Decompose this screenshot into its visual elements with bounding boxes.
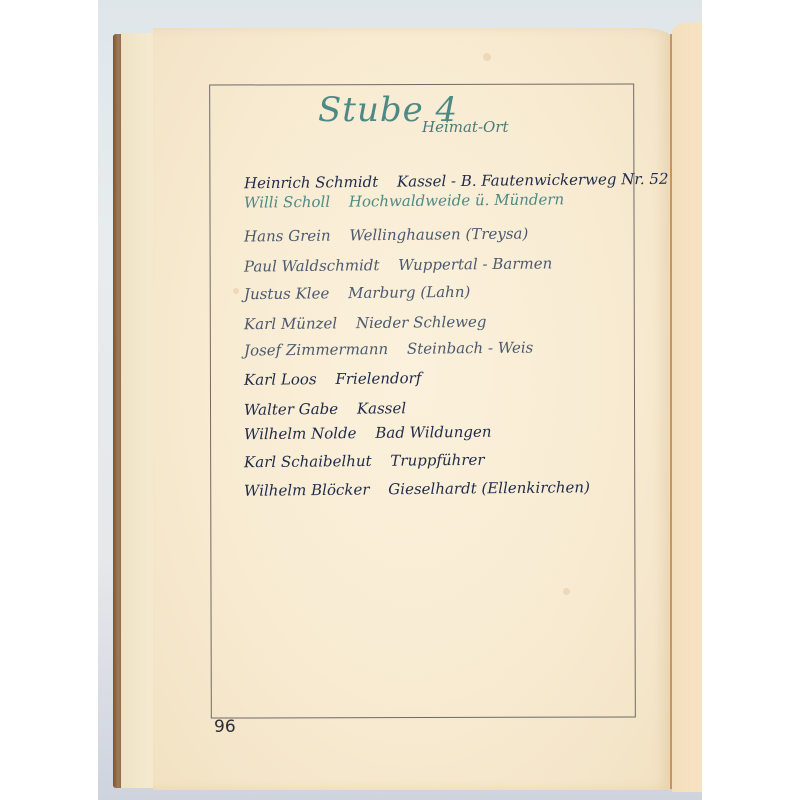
entry-place: Hochwaldweide ü. Mündern — [349, 190, 564, 210]
list-entry: Josef Zimmermann Steinbach - Weis — [244, 338, 534, 359]
list-entry: Wilhelm Nolde Bad Wildungen — [244, 423, 492, 444]
entry-place: Steinbach - Weis — [407, 338, 534, 357]
list-entry: Karl Loos Frielendorf — [244, 369, 422, 389]
entry-name: Hans Grein — [244, 227, 331, 246]
entry-place: Nieder Schleweg — [356, 313, 487, 332]
entry-place: Frielendorf — [335, 369, 421, 388]
entry-place: Marburg (Lahn) — [348, 283, 470, 302]
list-entry: Walter Gabe Kassel — [244, 399, 406, 419]
entry-place: Kassel — [357, 399, 406, 418]
list-entry: Wilhelm Blöcker Gieselhardt (Ellenkirche… — [244, 478, 590, 500]
facing-page-edge — [672, 22, 702, 792]
entry-name: Walter Gabe — [244, 400, 338, 419]
list-entry: Willi Scholl Hochwaldweide ü. Mündern — [244, 190, 564, 211]
entry-name: Wilhelm Blöcker — [244, 480, 370, 499]
entry-place: Bad Wildungen — [375, 423, 491, 442]
entry-place: Wuppertal - Barmen — [398, 254, 552, 274]
entry-name: Karl Münzel — [244, 314, 337, 333]
entry-name: Heinrich Schmidt — [244, 173, 378, 192]
entry-name: Wilhelm Nolde — [244, 424, 357, 443]
entry-place: Gieselhardt (Ellenkirchen) — [388, 478, 590, 498]
list-entry: Paul Waldschmidt Wuppertal - Barmen — [244, 254, 552, 275]
entry-name: Karl Schaibelhut — [244, 452, 372, 471]
entry-name: Willi Scholl — [244, 193, 330, 212]
list-entry: Hans Grein Wellinghausen (Treysa) — [244, 225, 528, 246]
list-entry: Karl Schaibelhut Truppführer — [244, 451, 485, 472]
entry-place: Kassel - B. Fautenwickerweg Nr. 52 — [397, 170, 669, 191]
entry-place: Truppführer — [390, 451, 484, 470]
book-spine — [670, 34, 672, 789]
list-entry: Karl Münzel Nieder Schleweg — [244, 313, 487, 334]
entry-name: Paul Waldschmidt — [244, 256, 380, 275]
page-number: 96 — [214, 717, 236, 737]
entry-place: Wellinghausen (Treysa) — [349, 225, 528, 245]
foxing-stain — [483, 53, 491, 61]
list-entry: Justus Klee Marburg (Lahn) — [244, 283, 470, 303]
entry-name: Karl Loos — [244, 370, 317, 389]
entry-name: Justus Klee — [244, 284, 329, 303]
entry-name: Josef Zimmermann — [244, 340, 388, 360]
page-subtitle: Heimat-Ort — [422, 118, 509, 136]
